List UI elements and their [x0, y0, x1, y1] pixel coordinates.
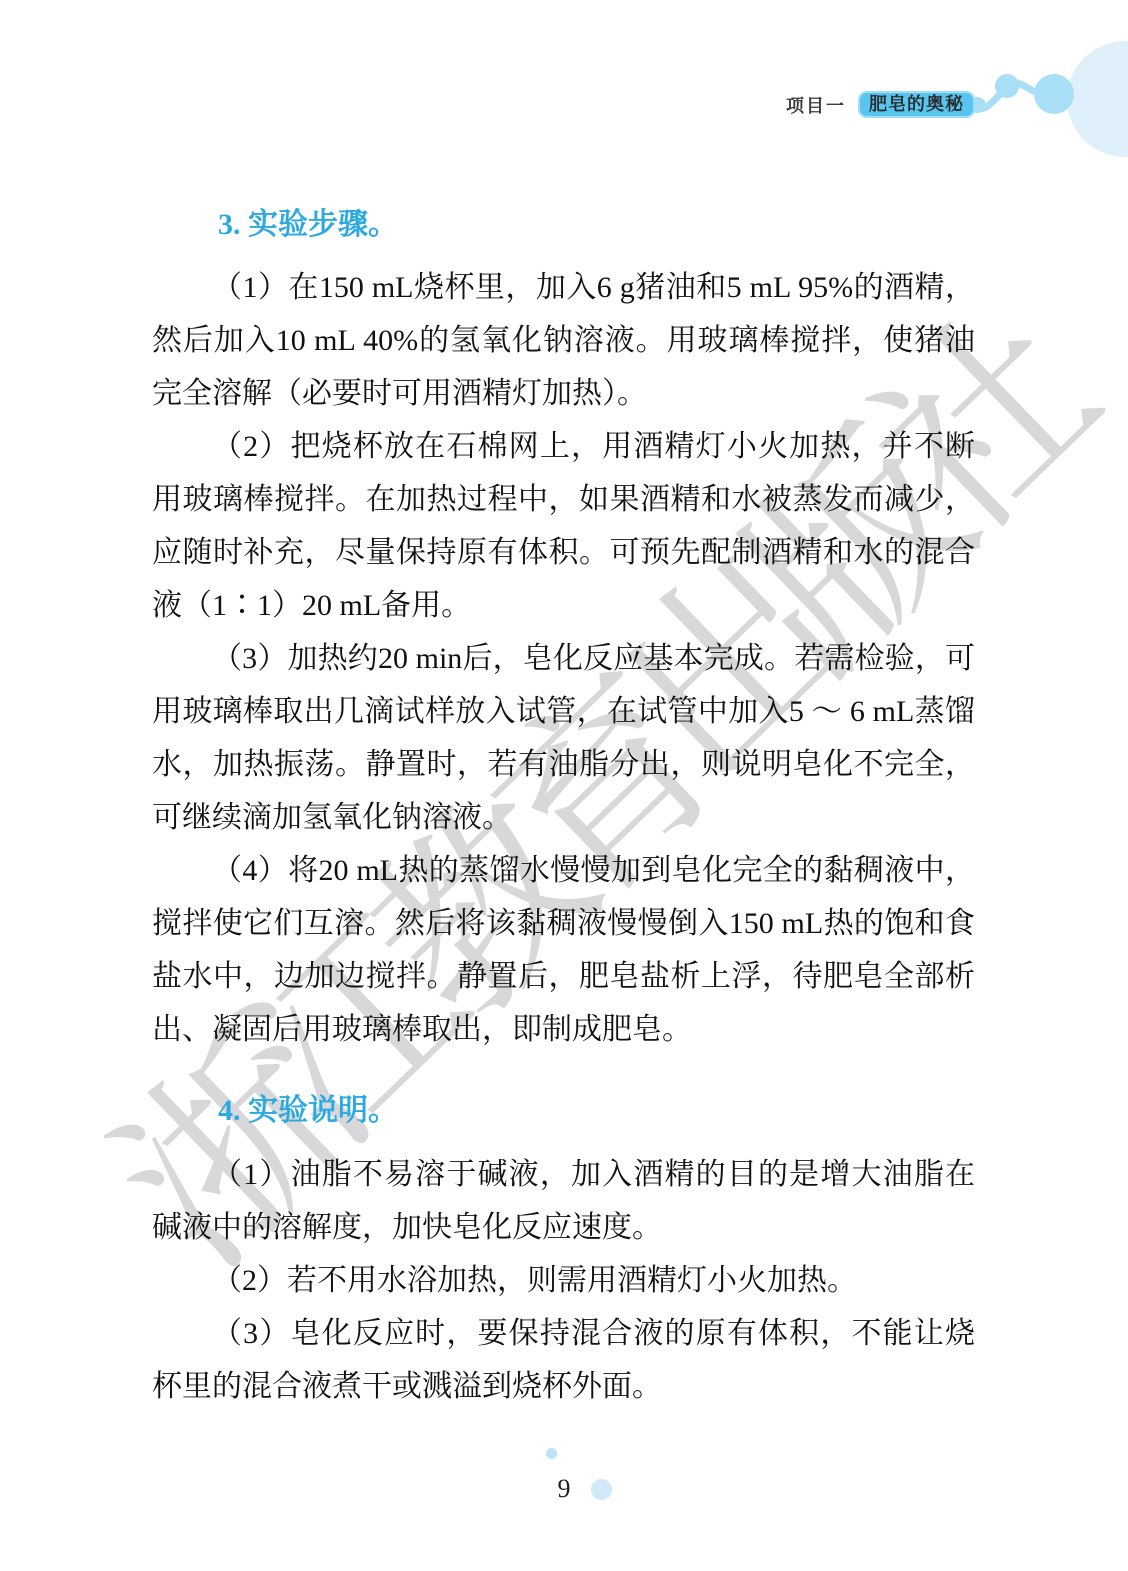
experiment-note-paragraph: （3）皂化反应时，要保持混合液的原有体积，不能让烧杯里的混合液煮干或溅溢到烧杯外…	[152, 1307, 975, 1413]
project-label: 项目一	[786, 92, 846, 118]
section-heading-experiment-steps: 3. 实验步骤。	[218, 203, 975, 246]
textbook-page: 浙江教育出版社 项目一 肥皂的奥秘 3. 实验步骤。 （1）在150 mL烧杯里…	[0, 0, 1128, 1571]
section-heading-experiment-notes: 4. 实验说明。	[218, 1089, 975, 1132]
experiment-note-paragraph: （2）若不用水浴加热，则需用酒精灯小火加热。	[152, 1254, 975, 1307]
experiment-note-paragraph: （1）油脂不易溶于碱液，加入酒精的目的是增大油脂在碱液中的溶解度，加快皂化反应速…	[152, 1148, 975, 1254]
footer-dots-icon	[546, 1448, 557, 1459]
experiment-step-paragraph: （4）将20 mL热的蒸馏水慢慢加到皂化完全的黏稠液中，搅拌使它们互溶。然后将该…	[152, 844, 975, 1056]
chapter-title-badge: 肥皂的奥秘	[858, 91, 975, 118]
experiment-step-paragraph: （3）加热约20 min后，皂化反应基本完成。若需检验，可用玻璃棒取出几滴试样放…	[152, 632, 975, 844]
main-content: 3. 实验步骤。 （1）在150 mL烧杯里，加入6 g猪油和5 mL 95%的…	[152, 195, 975, 1413]
experiment-step-paragraph: （2）把烧杯放在石棉网上，用酒精灯小火加热，并不断用玻璃棒搅拌。在加热过程中，如…	[152, 420, 975, 632]
page-header: 项目一 肥皂的奥秘	[786, 91, 975, 118]
page-number: 9	[0, 1474, 1128, 1504]
experiment-step-paragraph: （1）在150 mL烧杯里，加入6 g猪油和5 mL 95%的酒精，然后加入10…	[152, 261, 975, 420]
corner-circle-icon	[1067, 41, 1128, 157]
